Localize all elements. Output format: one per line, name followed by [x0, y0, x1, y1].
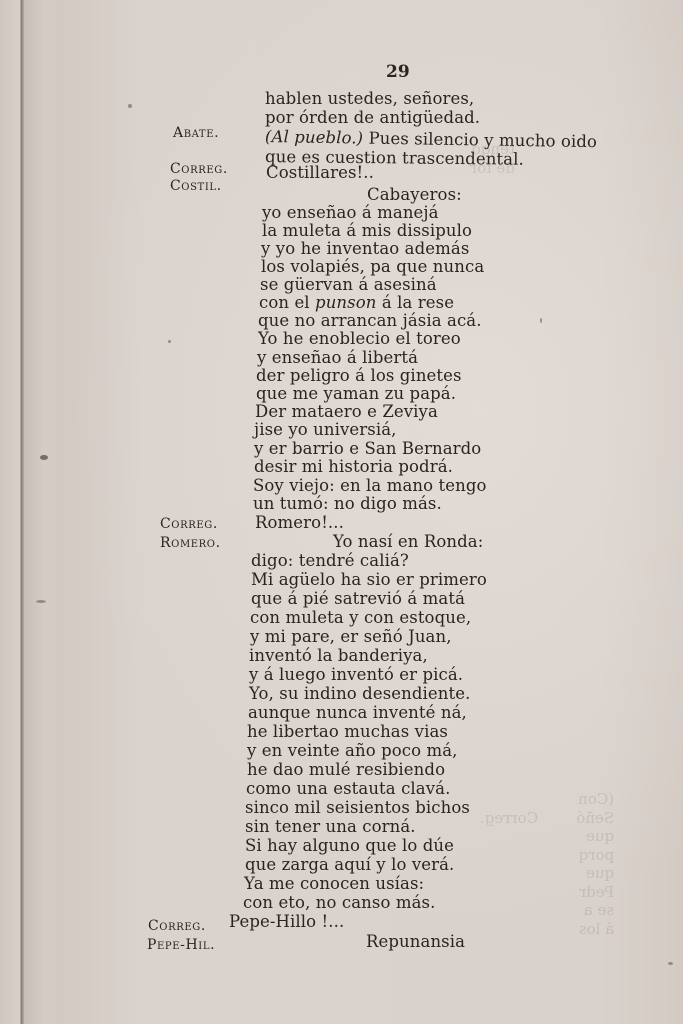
show-through-text: (Con Señó Correg. que porq que Pedr se a… — [480, 790, 614, 938]
verse-line: y er barrio e San Bernardo — [254, 439, 481, 458]
verse-text: á la rese — [377, 293, 455, 312]
emphasized-word: punson — [315, 293, 376, 312]
verse-line: Ya me conocen usías: — [244, 874, 424, 893]
verse-line: Der mataero e Zeviya — [255, 402, 438, 421]
paper-spot — [668, 962, 673, 965]
verse-line: y enseñao á libertá — [257, 348, 418, 367]
verse-line: desir mi historia podrá. — [254, 457, 453, 476]
verse-line: sinco mil seisientos bichos — [245, 798, 470, 817]
verse-line: der peligro á los ginetes — [256, 366, 462, 385]
verse-line: yo enseñao á manejá — [262, 203, 439, 222]
verse-line: Repunansia — [366, 932, 465, 951]
verse-line: Soy viejo: en la mano tengo — [253, 476, 487, 495]
verse-line: Romero!... — [255, 513, 344, 532]
verse-line: que á pié satrevió á matá — [251, 589, 465, 608]
verse-line: Cabayeros: — [367, 185, 462, 204]
verse-line: Mi agüelo ha sio er primero — [251, 570, 487, 589]
verse-line: con eto, no canso más. — [243, 893, 435, 912]
verse-line: y mi pare, er señó Juan, — [250, 627, 452, 646]
verse-text: con el — [259, 293, 315, 312]
verse-line: hablen ustedes, señores, — [265, 89, 474, 108]
verse-line: que no arrancan jásia acá. — [258, 311, 482, 330]
gutter-shadow — [24, 0, 44, 1024]
book-page: tengo de for (Con Señó Correg. que porq … — [0, 0, 683, 1024]
speaker-label: Correg. — [170, 161, 228, 177]
verse-line: se güervan á asesiná — [260, 275, 437, 294]
speaker-label: Pepe-Hil. — [147, 937, 215, 953]
stage-direction: (Al pueblo.) — [265, 127, 363, 148]
verse-line: Yo, su indino desendiente. — [249, 684, 470, 703]
paper-spot — [128, 104, 132, 108]
paper-spot — [36, 600, 46, 603]
verse-line: Costillares!.. — [266, 163, 374, 182]
verse-line: Pepe-Hillo !... — [229, 912, 344, 931]
verse-line: he libertao muchas vias — [247, 722, 448, 741]
speaker-label: Correg. — [148, 918, 206, 934]
paper-spot — [168, 340, 171, 343]
verse-line: Yo nasí en Ronda: — [333, 532, 483, 551]
verse-line: he dao mulé resibiendo — [247, 760, 445, 779]
verse-line: con el punson á la rese — [259, 293, 454, 312]
verse-line: y yo he inventao además — [261, 239, 469, 258]
verse-line: digo: tendré caliá? — [251, 551, 409, 570]
verse-line: y á luego inventó er picá. — [249, 665, 463, 684]
verse-line: la muleta á mis dissipulo — [262, 221, 472, 240]
verse-line: inventó la banderiya, — [249, 646, 428, 665]
speaker-label: Costil. — [170, 178, 222, 194]
verse-line: y en veinte año poco má, — [247, 741, 458, 760]
speaker-label: Abate. — [173, 125, 219, 141]
verse-line: aunque nunca inventé ná, — [248, 703, 467, 722]
verse-line: con muleta y con estoque, — [250, 608, 471, 627]
verse-line: Si hay alguno que lo dúe — [245, 836, 454, 855]
verse-line: que zarga aquí y lo verá. — [245, 855, 454, 874]
verse-line: como una estauta clavá. — [246, 779, 450, 798]
verse-line: jise yo universiá, — [254, 420, 397, 439]
verse-line: sin tener una corná. — [245, 817, 416, 836]
paper-spot — [540, 318, 542, 323]
page-number: 29 — [386, 62, 410, 82]
verse-line: Yo he enoblecio el toreo — [258, 329, 461, 348]
verse-line: un tumó: no digo más. — [253, 494, 442, 513]
paper-spot — [40, 455, 48, 460]
speaker-label: Correg. — [160, 516, 218, 532]
speaker-label: Romero. — [160, 535, 221, 551]
verse-line: que me yaman zu papá. — [256, 384, 456, 403]
verse-line: los volapiés, pa que nunca — [261, 257, 484, 276]
verse-line: por órden de antigüedad. — [265, 108, 480, 127]
